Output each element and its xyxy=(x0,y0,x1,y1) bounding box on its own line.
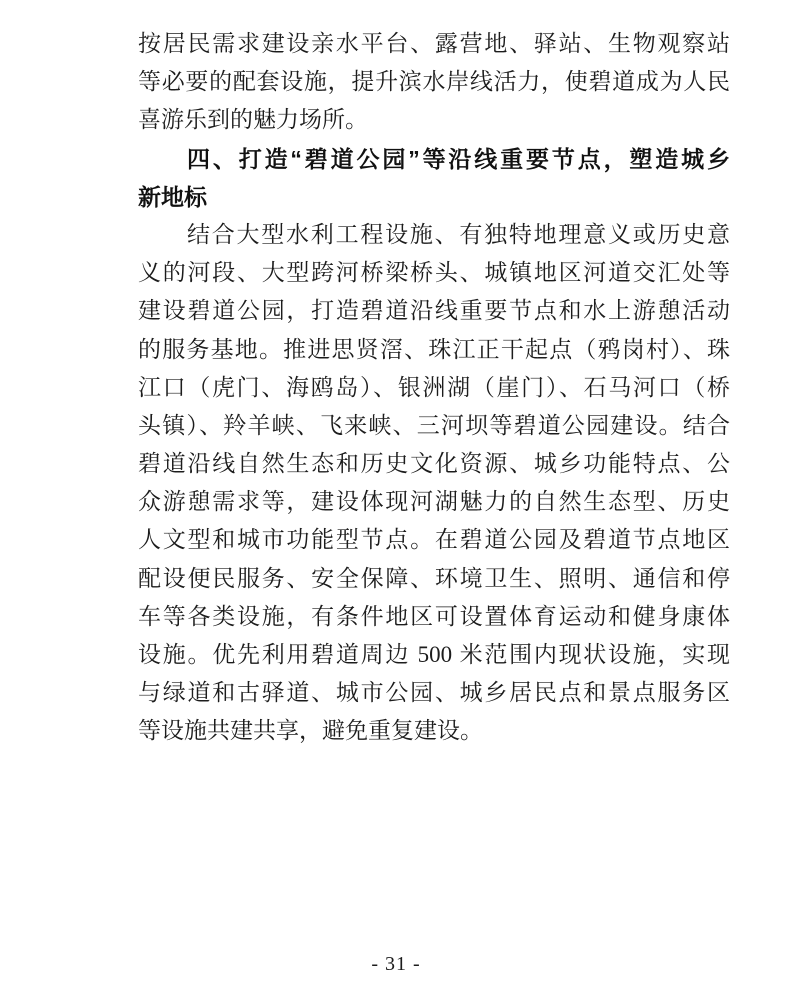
text-line: 等设施共建共享，避免重复建设。 xyxy=(138,712,730,750)
text-line: 与绿道和古驿道、城市公园、城乡居民点和景点服务区 xyxy=(138,674,730,712)
text-line: 设施。优先利用碧道周边 500 米范围内现状设施，实现 xyxy=(138,636,730,674)
text-line: 的服务基地。推进思贤滘、珠江正干起点（鸦岗村）、珠 xyxy=(138,331,730,369)
page-footer: - 31 - xyxy=(0,953,792,976)
text-line: 江口（虎门、海鸥岛）、银洲湖（崖门）、石马河口（桥 xyxy=(138,369,730,407)
text-line: 按居民需求建设亲水平台、露营地、驿站、生物观察站 xyxy=(138,25,730,63)
text-line: 建设碧道公园，打造碧道沿线重要节点和水上游憩活动 xyxy=(138,292,730,330)
text-line: 碧道沿线自然生态和历史文化资源、城乡功能特点、公 xyxy=(138,445,730,483)
text-line: 众游憩需求等，建设体现河湖魅力的自然生态型、历史 xyxy=(138,483,730,521)
text-line: 人文型和城市功能型节点。在碧道公园及碧道节点地区 xyxy=(138,521,730,559)
heading-line: 四、打造“碧道公园”等沿线重要节点，塑造城乡 xyxy=(138,140,730,178)
text-line: 喜游乐到的魅力场所。 xyxy=(138,101,730,139)
text-line: 等必要的配套设施，提升滨水岸线活力，使碧道成为人民 xyxy=(138,63,730,101)
document-page: 按居民需求建设亲水平台、露营地、驿站、生物观察站等必要的配套设施，提升滨水岸线活… xyxy=(0,0,792,999)
text-line: 配设便民服务、安全保障、环境卫生、照明、通信和停 xyxy=(138,560,730,598)
text-line: 头镇）、羚羊峡、飞来峡、三河坝等碧道公园建设。结合 xyxy=(138,407,730,445)
heading-line: 新地标 xyxy=(138,178,730,216)
text-line: 义的河段、大型跨河桥梁桥头、城镇地区河道交汇处等 xyxy=(138,254,730,292)
text-line: 结合大型水利工程设施、有独特地理意义或历史意 xyxy=(138,216,730,254)
page-number: - 31 - xyxy=(371,953,420,975)
text-block: 按居民需求建设亲水平台、露营地、驿站、生物观察站等必要的配套设施，提升滨水岸线活… xyxy=(138,25,730,751)
text-line: 车等各类设施，有条件地区可设置体育运动和健身康体 xyxy=(138,598,730,636)
